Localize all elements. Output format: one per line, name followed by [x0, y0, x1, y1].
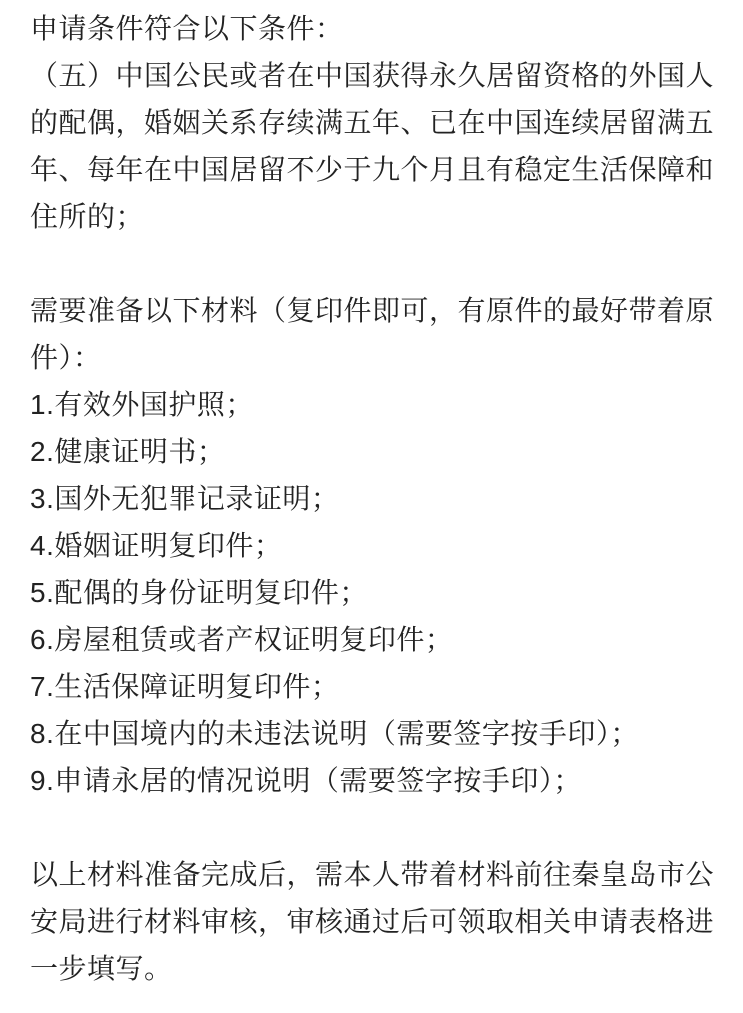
document-page: 申请条件符合以下条件： （五）中国公民或者在中国获得永久居留资格的外国人的配偶，… — [0, 0, 743, 1013]
material-item: 9.申请永居的情况说明（需要签字按手印）； — [30, 757, 717, 804]
article-body: 申请条件符合以下条件： （五）中国公民或者在中国获得永久居留资格的外国人的配偶，… — [0, 0, 743, 992]
material-item: 6.房屋租赁或者产权证明复印件； — [30, 616, 717, 663]
condition-paragraph: （五）中国公民或者在中国获得永久居留资格的外国人的配偶，婚姻关系存续满五年、已在… — [30, 52, 717, 240]
material-item: 2.健康证明书； — [30, 428, 717, 475]
materials-list: 1.有效外国护照； 2.健康证明书； 3.国外无犯罪记录证明； 4.婚姻证明复印… — [30, 381, 717, 804]
material-item: 5.配偶的身份证明复印件； — [30, 569, 717, 616]
materials-heading: 需要准备以下材料（复印件即可，有原件的最好带着原件）： — [30, 287, 717, 381]
material-item: 8.在中国境内的未违法说明（需要签字按手印）； — [30, 710, 717, 757]
closing-paragraph: 以上材料准备完成后，需本人带着材料前往秦皇岛市公安局进行材料审核，审核通过后可领… — [30, 851, 717, 992]
material-item: 7.生活保障证明复印件； — [30, 663, 717, 710]
material-item: 1.有效外国护照； — [30, 381, 717, 428]
material-item: 3.国外无犯罪记录证明； — [30, 475, 717, 522]
material-item: 4.婚姻证明复印件； — [30, 522, 717, 569]
intro-line: 申请条件符合以下条件： — [30, 5, 717, 52]
